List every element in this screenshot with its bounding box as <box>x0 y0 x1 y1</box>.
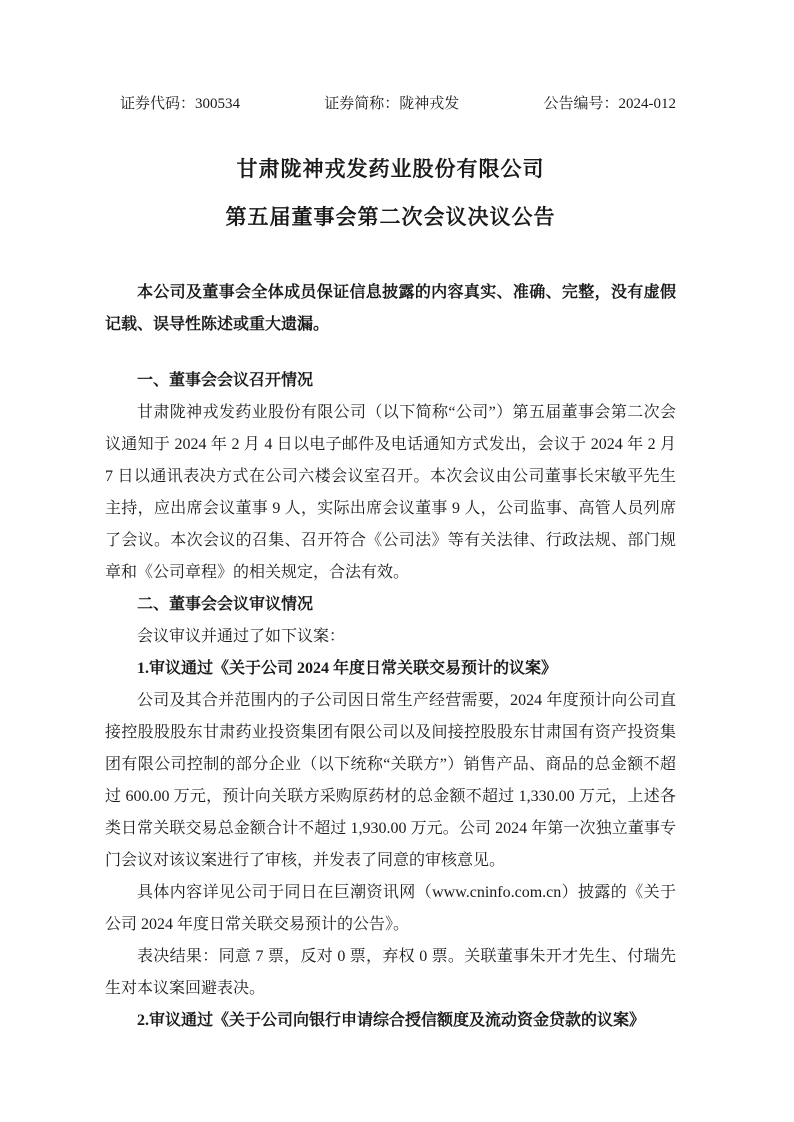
announcement-number: 公告编号：2024-012 <box>544 95 677 113</box>
announcement-title: 第五届董事会第二次会议决议公告 <box>105 201 676 233</box>
section2-heading: 二、董事会会议审议情况 <box>105 589 676 621</box>
section2-intro: 会议审议并通过了如下议案： <box>105 621 676 653</box>
resolution-item1-disclosure-paragraph: 具体内容详见公司于同日在巨潮资讯网（www.cninfo.com.cn）披露的《… <box>105 877 676 941</box>
resolution-item2-heading: 2.审议通过《关于公司向银行申请综合授信额度及流动资金贷款的议案》 <box>105 1005 676 1037</box>
resolution-item1-vote-result: 表决结果：同意 7 票，反对 0 票，弃权 0 票。关联董事朱开才先生、付瑞先生… <box>105 941 676 1005</box>
document-page: 证券代码：300534 证券简称：陇神戎发 公告编号：2024-012 甘肃陇神… <box>0 0 794 1122</box>
stock-short-name: 证券简称：陇神戎发 <box>324 95 459 113</box>
company-name-title: 甘肃陇神戎发药业股份有限公司 <box>105 153 676 185</box>
section1-heading: 一、董事会会议召开情况 <box>105 365 676 397</box>
resolution-item1-paragraph: 公司及其合并范围内的子公司因日常生产经营需要，2024 年度预计向公司直接控股股… <box>105 685 676 877</box>
stock-code: 证券代码：300534 <box>120 95 240 113</box>
document-header: 证券代码：300534 证券简称：陇神戎发 公告编号：2024-012 <box>105 95 676 113</box>
declaration-paragraph: 本公司及董事会全体成员保证信息披露的内容真实、准确、完整，没有虚假记载、误导性陈… <box>105 277 676 341</box>
resolution-item1-heading: 1.审议通过《关于公司 2024 年度日常关联交易预计的议案》 <box>105 653 676 685</box>
section1-paragraph: 甘肃陇神戎发药业股份有限公司（以下简称“公司”）第五届董事会第二次会议通知于 2… <box>105 397 676 589</box>
